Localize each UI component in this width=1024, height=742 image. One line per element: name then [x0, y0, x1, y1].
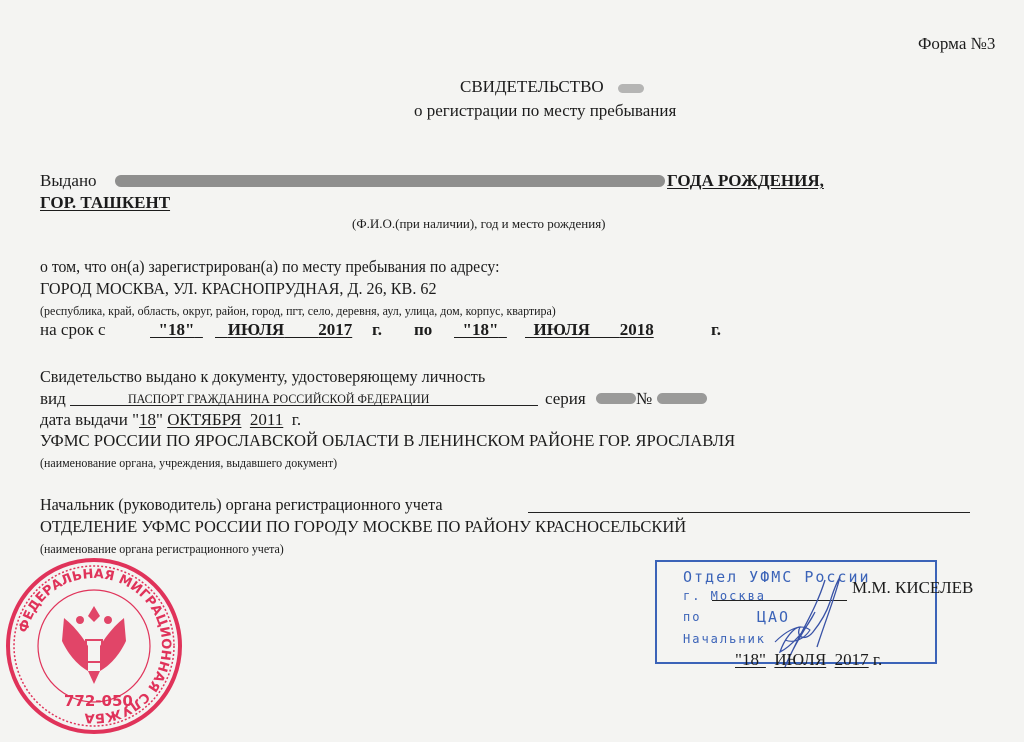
authority-name: ОТДЕЛЕНИЕ УФМС РОССИИ ПО ГОРОДУ МОСКВЕ П… — [40, 517, 706, 537]
authority-label: Начальник (руководитель) органа регистра… — [40, 495, 464, 515]
term-to-suffix: г. — [711, 320, 721, 340]
redacted-series — [596, 393, 636, 404]
red-seal-stamp: ФЕДЕРАЛЬНАЯ МИГРАЦИОННАЯ СЛУЖБА 772-050 — [4, 556, 184, 736]
svg-text:772-050: 772-050 — [64, 692, 133, 710]
authority-caption: (наименование органа регистрационного уч… — [40, 541, 305, 557]
term-label: на срок с — [40, 320, 106, 340]
issue-month: ОКТЯБРЯ — [167, 410, 241, 429]
document-issuer: УФМС РОССИИ ПО ЯРОСЛАВСКОЙ ОБЛАСТИ В ЛЕН… — [40, 431, 749, 451]
term-from-month: ИЮЛЯ 2017 — [215, 320, 352, 340]
document-type-label: вид — [40, 389, 66, 409]
birthplace: ГОР. ТАШКЕНТ — [40, 193, 170, 213]
document-type-value: ПАСПОРТ ГРАЖДАНИНА РОССИЙСКОЙ ФЕДЕРАЦИИ — [128, 391, 456, 407]
document-subtitle: о регистрации по месту пребывания — [414, 101, 676, 121]
address-intro: о том, что он(а) зарегистрирован(а) по м… — [40, 257, 534, 277]
term-to-month: ИЮЛЯ 2018 — [525, 320, 654, 340]
signer-name: М.М. КИСЕЛЕВ — [852, 578, 973, 598]
birth-suffix: ГОДА РОЖДЕНИЯ, — [667, 171, 824, 191]
issue-date: дата выдачи "18" ОКТЯБРЯ 2011 г. — [40, 410, 301, 430]
redacted-title-number — [618, 84, 644, 93]
issue-year: 2011 — [250, 410, 283, 429]
form-number: Форма №3 — [918, 34, 995, 54]
issued-label: Выдано — [40, 171, 97, 191]
title-text: СВИДЕТЕЛЬСТВО — [460, 77, 604, 96]
term-from-suffix: г. — [372, 320, 382, 340]
signature-date: "18" ИЮЛЯ 2017 г. — [735, 650, 882, 670]
term-to-day: "18" — [454, 320, 507, 340]
redacted-number — [657, 393, 707, 404]
redacted-name — [110, 172, 670, 190]
document-series-label: серия — [545, 389, 586, 409]
document-intro: Свидетельство выдано к документу, удосто… — [40, 367, 509, 387]
issuer-caption: (наименование органа, учреждения, выдавш… — [40, 455, 363, 471]
document-title: СВИДЕТЕЛЬСТВО — [460, 77, 644, 97]
seal-emblem-icon: ФЕДЕРАЛЬНАЯ МИГРАЦИОННАЯ СЛУЖБА 772-050 — [4, 556, 184, 736]
term-to-label: по — [414, 320, 432, 340]
redaction-bar — [115, 175, 665, 187]
document-number-label: № — [636, 389, 652, 409]
address-caption: (республика, край, область, округ, район… — [40, 303, 601, 319]
name-caption: (Ф.И.О.(при наличии), год и место рожден… — [352, 216, 606, 232]
term-from-day: "18" — [150, 320, 203, 340]
authority-signature-line — [528, 512, 970, 513]
address-value: ГОРОД МОСКВА, УЛ. КРАСНОПРУДНАЯ, Д. 26, … — [40, 279, 457, 299]
issue-day: 18 — [139, 410, 156, 429]
